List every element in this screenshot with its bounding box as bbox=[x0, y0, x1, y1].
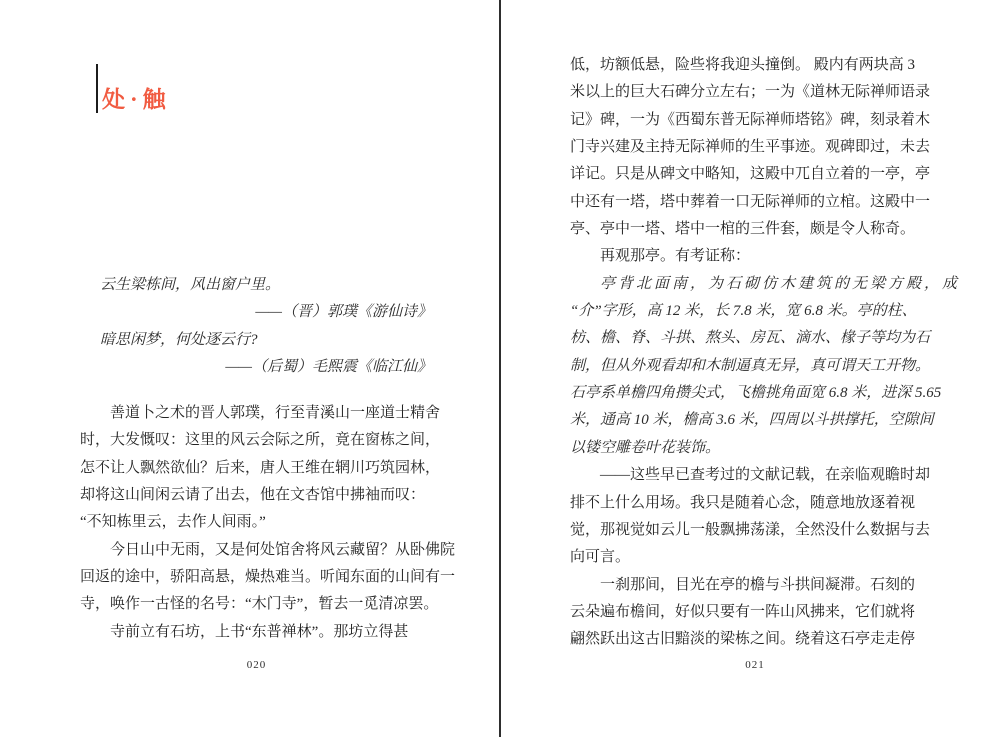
quote-line: “介”字形，高 12 米，长 7.8 米，宽 6.8 米。亭的柱、 bbox=[570, 298, 940, 325]
quote-line: 石亭系单檐四角攒尖式，飞檐挑角面宽 6.8 米，进深 5.65 bbox=[570, 380, 940, 407]
text-line: 觉，那视觉如云儿一般飘拂荡漾，全然没什么数据与去 bbox=[570, 517, 940, 544]
text-line: 善道卜之术的晋人郭璞，行至青溪山一座道士精舍 bbox=[80, 400, 433, 427]
book-spread: 处·触 云生梁栋间，风出窗户里。 ——（晋）郭璞《游仙诗》 暗思闲梦，何处逐云行… bbox=[0, 0, 1004, 737]
text-line: 记》碑，一为《西蜀东普无际禅师塔铭》碑，刻录着木 bbox=[570, 107, 940, 134]
quote-line: 以镂空雕卷叶花装饰。 bbox=[570, 435, 940, 462]
epigraph-attribution: ——（晋）郭璞《游仙诗》 bbox=[100, 299, 432, 326]
text-line: 中还有一塔，塔中葬着一口无际禅师的立棺。这殿中一 bbox=[570, 189, 940, 216]
chapter-title: 处·触 bbox=[102, 86, 171, 114]
text-line: “不知栋里云，去作人间雨。” bbox=[80, 509, 433, 536]
quote-line: 制，但从外观看却和木制逼真无异，真可谓天工开物。 bbox=[570, 353, 940, 380]
quote-line: 亭背北面南，为石砌仿木建筑的无梁方殿，成 bbox=[570, 271, 940, 298]
text-line: 怎不让人飘然欲仙？后来，唐人王维在辋川巧筑园林， bbox=[80, 455, 433, 482]
text-line: 却将这山间闲云请了出去，他在文杏馆中拂袖而叹： bbox=[80, 482, 433, 509]
quote-line: 米，通高 10 米，檐高 3.6 米，四周以斗拱撑托，空隙间 bbox=[570, 407, 940, 434]
text-line: 回返的途中，骄阳高悬，燥热难当。听闻东面的山间有一 bbox=[80, 564, 433, 591]
text-line: 详记。只是从碑文中略知，这殿中兀自立着的一亭，亭 bbox=[570, 161, 940, 188]
text-line: 一刹那间，目光在亭的檐与斗拱间凝滞。石刻的 bbox=[570, 572, 940, 599]
epigraph-block: 云生梁栋间，风出窗户里。 ——（晋）郭璞《游仙诗》 暗思闲梦，何处逐云行? ——… bbox=[100, 272, 432, 382]
text-line: 低，坊额低悬，险些将我迎头撞倒。 殿内有两块高 3 bbox=[570, 52, 940, 79]
text-line: ——这些早已查考过的文献记载，在亲临观瞻时却 bbox=[570, 462, 940, 489]
text-line: 时，大发慨叹：这里的风云会际之所，竟在窗栋之间， bbox=[80, 427, 433, 454]
epigraph-verse: 云生梁栋间，风出窗户里。 bbox=[100, 272, 432, 299]
text-line: 今日山中无雨，又是何处馆舍将风云藏留？从卧佛院 bbox=[80, 537, 433, 564]
text-line: 寺，唤作一古怪的名号：“木门寺”，暂去一觅清凉罢。 bbox=[80, 591, 433, 618]
text-line: 云朵遍布檐间，好似只要有一阵山风拂来，它们就将 bbox=[570, 599, 940, 626]
gutter-divider bbox=[499, 0, 501, 737]
epigraph-attribution: ——（后蜀）毛熙震《临江仙》 bbox=[100, 354, 432, 381]
text-line: 寺前立有石坊，上书“东普禅林”。那坊立得甚 bbox=[80, 619, 433, 646]
text-line: 亭、亭中一塔、塔中一棺的三件套，颇是令人称奇。 bbox=[570, 216, 940, 243]
text-line: 向可言。 bbox=[570, 544, 940, 571]
right-page-body: 低，坊额低悬，险些将我迎头撞倒。 殿内有两块高 3 米以上的巨大石碑分立左右；一… bbox=[570, 52, 940, 654]
chapter-title-bar bbox=[96, 64, 98, 113]
text-line: 米以上的巨大石碑分立左右；一为《道林无际禅师语录 bbox=[570, 79, 940, 106]
quote-line: 枋、檐、脊、斗拱、熬头、房瓦、滴水、椽子等均为石 bbox=[570, 325, 940, 352]
page-number-left: 020 bbox=[80, 659, 433, 671]
text-line: 排不上什么用场。我只是随着心念，随意地放逐着视 bbox=[570, 490, 940, 517]
text-line: 再观那亭。有考证称： bbox=[570, 243, 940, 270]
page-number-right: 021 bbox=[570, 659, 940, 671]
text-line: 翩然跃出这古旧黯淡的梁栋之间。绕着这石亭走走停 bbox=[570, 626, 940, 653]
epigraph-verse: 暗思闲梦，何处逐云行? bbox=[100, 327, 432, 354]
left-page-body: 善道卜之术的晋人郭璞，行至青溪山一座道士精舍 时，大发慨叹：这里的风云会际之所，… bbox=[80, 400, 433, 646]
text-line: 门寺兴建及主持无际禅师的生平事迹。观碑即过，未去 bbox=[570, 134, 940, 161]
